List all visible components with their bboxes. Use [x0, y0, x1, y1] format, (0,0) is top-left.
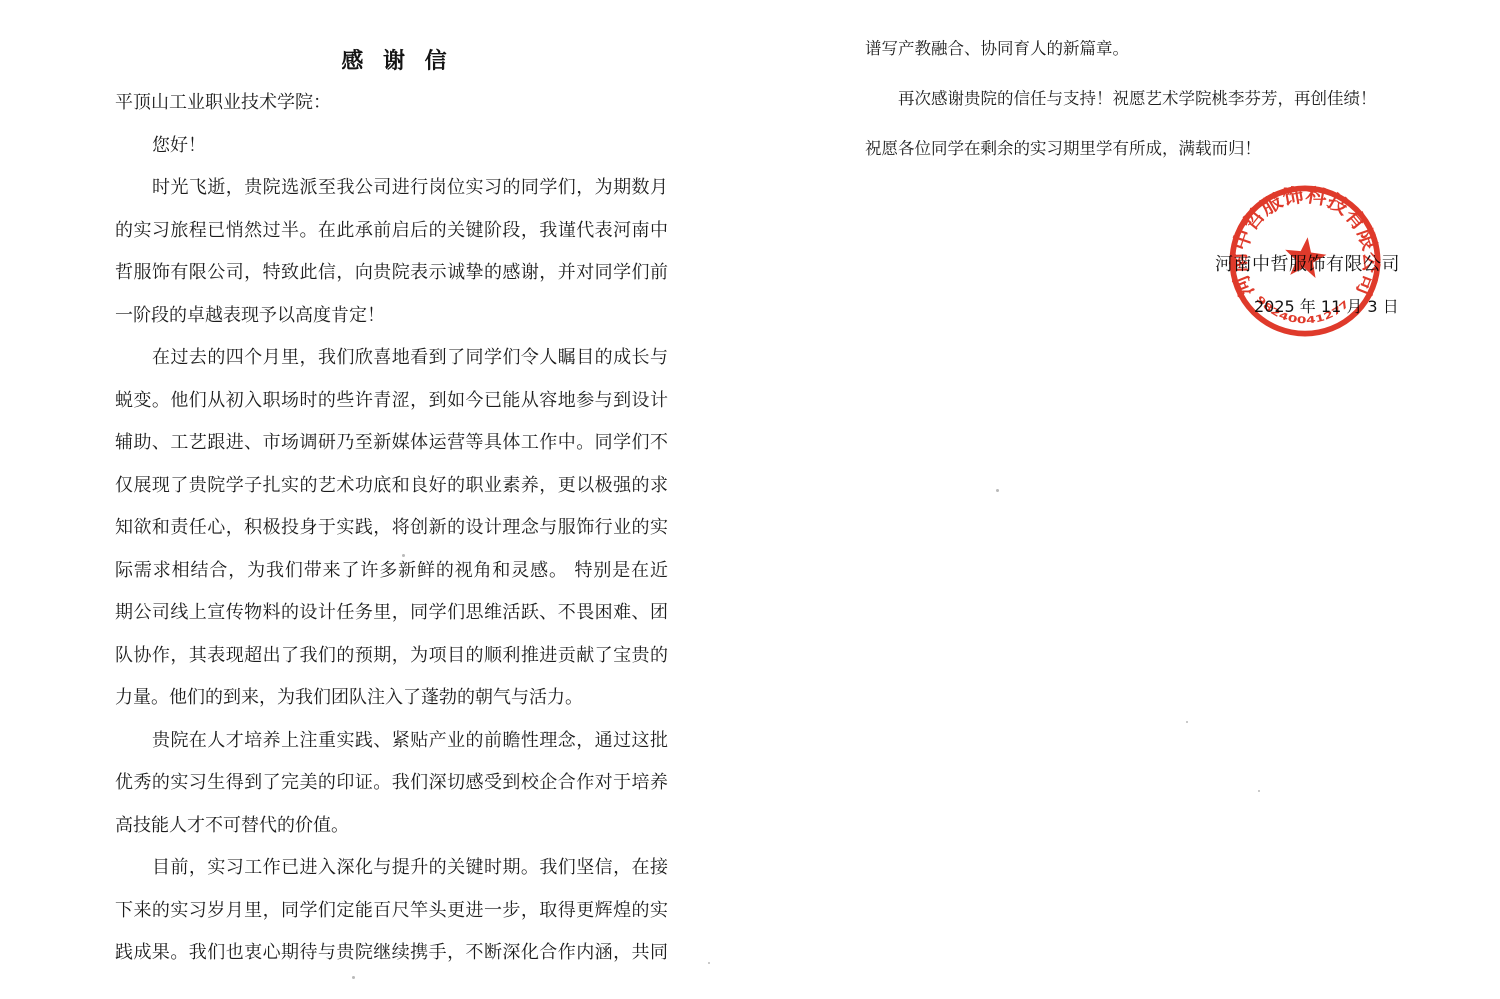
seal-star-icon — [1282, 235, 1328, 279]
letter-line: 再次感谢贵院的信任与支持！祝愿艺术学院桃李芬芳，再创佳绩！ — [865, 74, 1393, 124]
letter-body-page1: 平顶山工业职业技术学院： 您好！ 时光飞逝，贵院选派至我公司进行岗位实习的同学们… — [115, 82, 668, 975]
greeting-line: 您好！ — [115, 125, 668, 168]
letter-line: 力量。他们的到来，为我们团队注入了蓬勃的朝气与活力。 — [115, 677, 668, 720]
letter-line: 仅展现了贵院学子扎实的艺术功底和良好的职业素养，更以极强的求 — [115, 465, 668, 508]
letter-line: 哲服饰有限公司，特致此信，向贵院表示诚挚的感谢，并对同学们前 — [115, 252, 668, 295]
letter-line: 高技能人才不可替代的价值。 — [115, 805, 668, 848]
scan-speck — [1186, 721, 1188, 723]
letter-line: 下来的实习岁月里，同学们定能百尺竿头更进一步，取得更辉煌的实 — [115, 890, 668, 933]
scan-speck — [996, 489, 999, 492]
scan-speck — [708, 962, 710, 964]
letter-line: 贵院在人才培养上注重实践、紧贴产业的前瞻性理念，通过这批 — [115, 720, 668, 763]
scan-speck — [352, 976, 355, 979]
letter-line: 知欲和责任心，积极投身于实践，将创新的设计理念与服饰行业的实 — [115, 507, 668, 550]
letter-line: 际需求相结合，为我们带来了许多新鲜的视角和灵感。 特别是在近 — [115, 550, 668, 593]
letter-line: 蜕变。他们从初入职场时的些许青涩，到如今已能从容地参与到设计 — [115, 380, 668, 423]
seal-company-text: 河南中哲服饰科技有限公司 — [1228, 183, 1383, 299]
letter-line: 优秀的实习生得到了完美的印证。我们深切感受到校企合作对于培养 — [115, 762, 668, 805]
letter-title: 感 谢 信 — [118, 44, 670, 75]
letter-line: 的实习旅程已悄然过半。在此承前启后的关键阶段，我谨代表河南中 — [115, 210, 668, 253]
letter-line: 时光飞逝，贵院选派至我公司进行岗位实习的同学们，为期数月 — [115, 167, 668, 210]
letter-line: 践成果。我们也衷心期待与贵院继续携手，不断深化合作内涵，共同 — [115, 932, 668, 975]
letter-line: 期公司线上宣传物料的设计任务里，同学们思维活跃、不畏困难、团 — [115, 592, 668, 635]
letter-line: 祝愿各位同学在剩余的实习期里学有所成，满载而归！ — [865, 124, 1393, 174]
letter-line: 辅助、工艺跟进、市场调研乃至新媒体运营等具体工作中。同学们不 — [115, 422, 668, 465]
letter-line: 在过去的四个月里，我们欣喜地看到了同学们令人瞩目的成长与 — [115, 337, 668, 380]
company-seal: 河南中哲服饰科技有限公司 98240041277 — [1222, 178, 1388, 344]
letter-line: 一阶段的卓越表现予以高度肯定！ — [115, 295, 668, 338]
letter-line: 目前，实习工作已进入深化与提升的关键时期。我们坚信，在接 — [115, 847, 668, 890]
letter-body-page2: 谱写产教融合、协同育人的新篇章。 再次感谢贵院的信任与支持！祝愿艺术学院桃李芬芳… — [865, 24, 1393, 174]
recipient-line: 平顶山工业职业技术学院： — [115, 82, 668, 125]
scan-speck — [402, 554, 405, 557]
scan-speck — [1258, 790, 1260, 792]
letter-line: 队协作，其表现超出了我们的预期，为项目的顺利推进贡献了宝贵的 — [115, 635, 668, 678]
letter-line: 谱写产教融合、协同育人的新篇章。 — [865, 24, 1393, 74]
